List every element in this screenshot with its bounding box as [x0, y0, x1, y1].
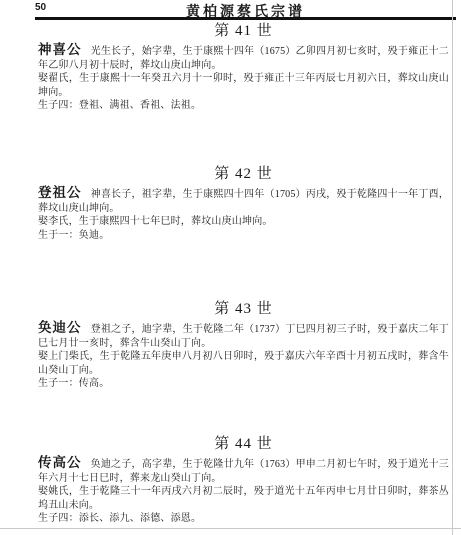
page-edge-right: [452, 0, 453, 535]
page-edge-bottom: [0, 528, 461, 529]
spouse-line: 娶李氏，生于康熙四十七年巳时，葬坟山庚山坤向。: [38, 215, 449, 229]
genealogy-page: 50 黄柏源蔡氏宗谱 第 41 世 神喜公光生长子，始字辈，生于康熙十四年（16…: [0, 0, 461, 535]
ancestor-name: 奂迪公: [38, 320, 82, 335]
ancestor-entry: 传高公奂迪之子，高字辈，生于乾隆廿九年（1763）甲申二月初七午时，殁于道光十三…: [38, 456, 449, 485]
children-line: 生子一：传高。: [38, 377, 449, 391]
spouse-line: 娶翟氏，生于康熙十一年癸丑六月十一卯时，殁于雍正十三年丙辰七月初六日，葬坟山庚山…: [38, 72, 449, 99]
ancestor-name: 传高公: [38, 455, 82, 470]
generation-section-41: 第 41 世 神喜公光生长子，始字辈，生于康熙十四年（1675）乙卯四月初七亥时…: [38, 23, 449, 113]
generation-section-42: 第 42 世 登祖公神喜长子，祖字辈，生于康熙四十四年（1705）丙戌，殁于乾隆…: [38, 166, 449, 242]
generation-heading: 第 42 世: [38, 166, 449, 182]
ancestor-entry: 神喜公光生长子，始字辈，生于康熙十四年（1675）乙卯四月初七亥时，殁于雍正十二…: [38, 43, 449, 72]
children-line: 生子四：添长、添九、添德、添恩。: [38, 512, 449, 526]
children-line: 生子四：登祖、满祖、香祖、法祖。: [38, 99, 449, 113]
generation-heading: 第 41 世: [38, 23, 449, 39]
spouse-line: 娶上门柴氏，生于乾隆五年庚申八月初八日卯时，殁于嘉庆六年辛酉十月初五戌时，葬含牛…: [38, 350, 449, 377]
spouse-line: 娶姚氏，生于乾隆三十一年丙戌六月初二辰时，殁于道光十五年丙申七月廿日卯时，葬茶丛…: [38, 485, 449, 512]
ancestor-name: 登祖公: [38, 185, 82, 200]
ancestor-bio: 神喜长子，祖字辈，生于康熙四十四年（1705）丙戌，殁于乾隆四十一年丁酉，葬坟山…: [38, 189, 449, 214]
ancestor-entry: 登祖公神喜长子，祖字辈，生于康熙四十四年（1705）丙戌，殁于乾隆四十一年丁酉，…: [38, 186, 449, 215]
generation-section-43: 第 43 世 奂迪公登祖之子，迪字辈，生于乾隆二年（1737）丁巳四月初三子时，…: [38, 301, 449, 391]
ancestor-entry: 奂迪公登祖之子，迪字辈，生于乾隆二年（1737）丁巳四月初三子时，殁于嘉庆二年丁…: [38, 321, 449, 350]
generation-heading: 第 43 世: [38, 301, 449, 317]
header-divider: [35, 17, 456, 20]
ancestor-bio: 奂迪之子，高字辈，生于乾隆廿九年（1763）甲申二月初七午时，殁于道光十三年六月…: [38, 459, 449, 484]
ancestor-name: 神喜公: [38, 42, 82, 57]
generation-section-44: 第 44 世 传高公奂迪之子，高字辈，生于乾隆廿九年（1763）甲申二月初七午时…: [38, 436, 449, 526]
children-line: 生于一：奂迪。: [38, 229, 449, 243]
ancestor-bio: 光生长子，始字辈，生于康熙十四年（1675）乙卯四月初七亥时，殁于雍正十二年乙卯…: [38, 46, 449, 71]
generation-heading: 第 44 世: [38, 436, 449, 452]
ancestor-bio: 登祖之子，迪字辈，生于乾隆二年（1737）丁巳四月初三子时，殁于嘉庆二年丁巳七月…: [38, 324, 449, 349]
